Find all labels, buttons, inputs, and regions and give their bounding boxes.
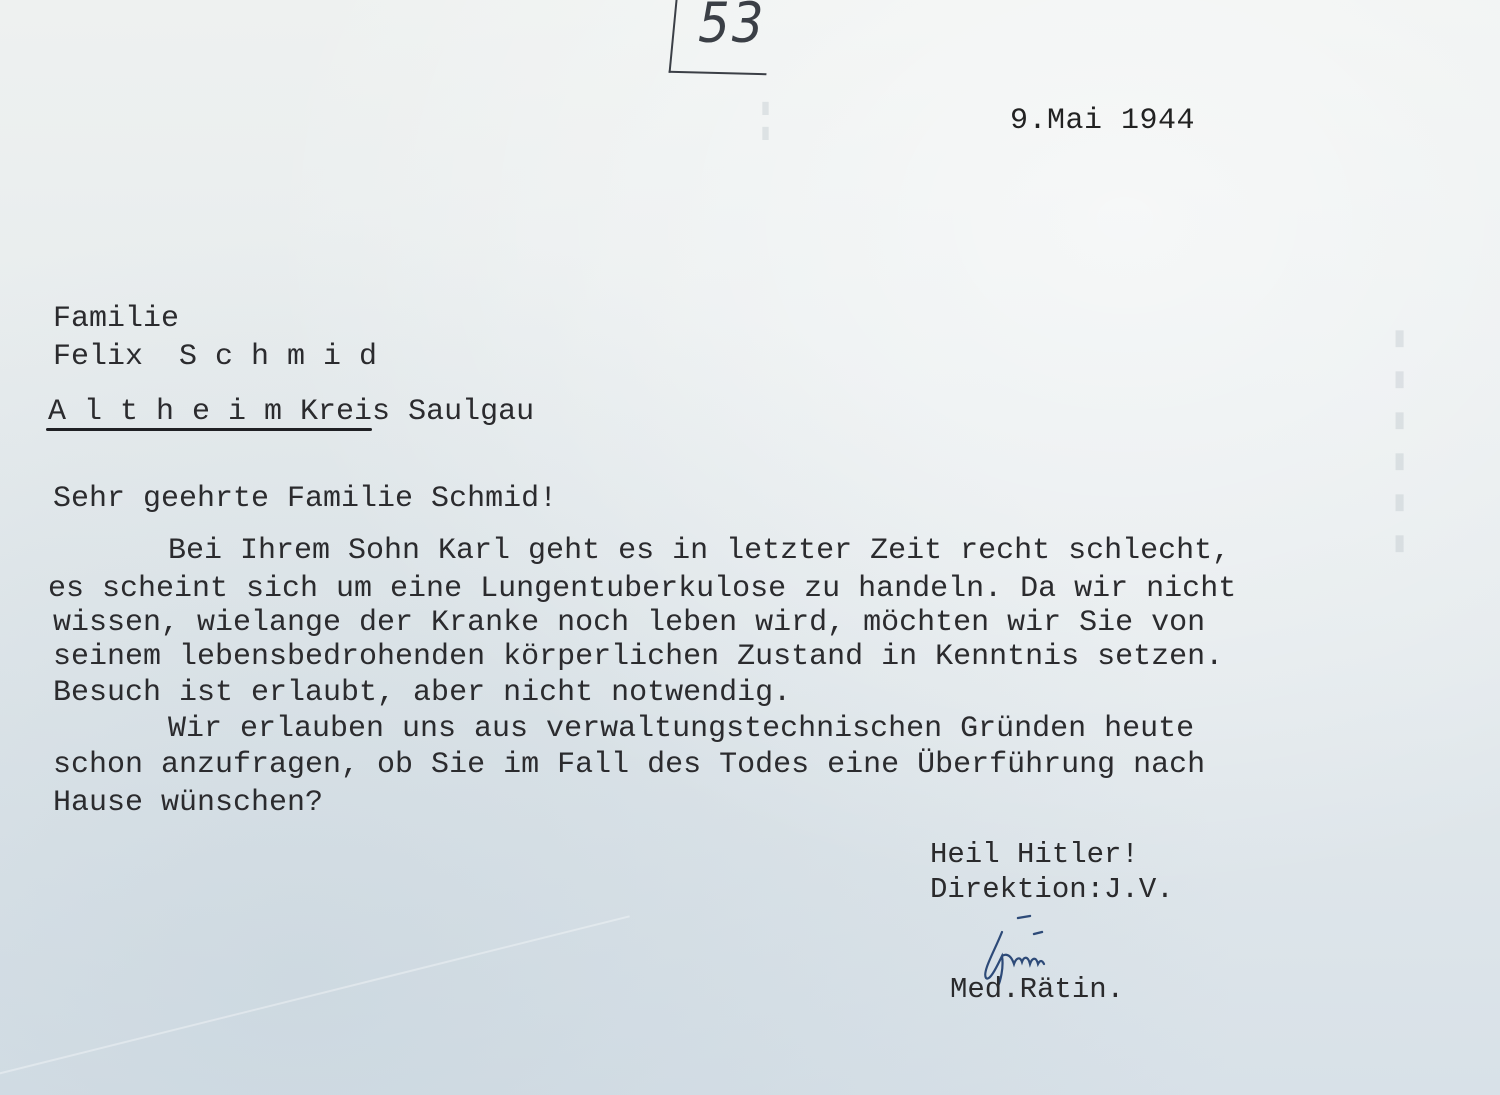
paper-crease — [0, 915, 630, 1086]
closing-greeting: Heil Hitler! — [930, 838, 1139, 871]
body-line: Besuch ist erlaubt, aber nicht notwendig… — [53, 675, 791, 711]
recipient-line-2: Felix S c h m i d — [53, 339, 377, 375]
closing-office: Direktion:J.V. — [930, 873, 1174, 906]
folio-number-mark: 53 — [668, 0, 788, 80]
body-line: schon anzufragen, ob Sie im Fall des Tod… — [53, 747, 1205, 783]
body-line: es scheint sich um eine Lungentuberkulos… — [48, 571, 1236, 607]
signatory-title: Med.Rätin. — [950, 973, 1124, 1006]
salutation: Sehr geehrte Familie Schmid! — [53, 481, 557, 517]
bleed-through-text: ▮▮▮▮▮▮ — [1380, 320, 1413, 566]
body-line: seinem lebensbedrohenden körperlichen Zu… — [53, 639, 1223, 675]
body-line: wissen, wielange der Kranke noch leben w… — [53, 605, 1205, 641]
body-line: Wir erlauben uns aus verwaltungstechnisc… — [168, 711, 1194, 747]
folio-number: 53 — [698, 0, 766, 55]
body-line: Hause wünschen? — [53, 785, 323, 821]
recipient-district: Kreis Saulgau — [282, 395, 534, 429]
recipient-line-3: A l t h e i m Kreis Saulgau — [48, 394, 534, 430]
body-line: Bei Ihrem Sohn Karl geht es in letzter Z… — [168, 533, 1230, 569]
bleed-through-text: ▮▮ — [752, 95, 777, 145]
letter-date: 9.Mai 1944 — [1010, 104, 1195, 138]
recipient-place: A l t h e i m — [48, 395, 282, 429]
letter-page: ▮▮▮▮▮▮ ▮▮ 53 9.Mai 1944 Familie Felix S … — [0, 0, 1500, 1095]
place-underline — [46, 428, 372, 431]
recipient-line-1: Familie — [53, 301, 179, 337]
